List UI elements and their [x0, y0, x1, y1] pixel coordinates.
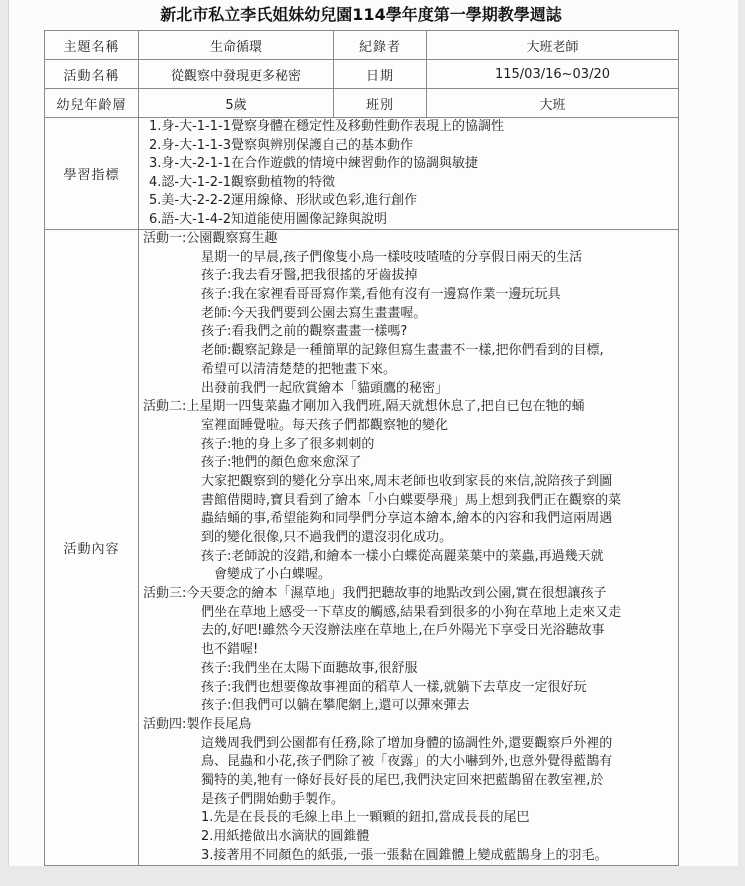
age-group-value: 5歲 — [139, 89, 334, 118]
activity-line: 活動三:今天要念的繪本「濕草地」我們把聽故事的地點改到公園,實在很想讓孩子 — [139, 585, 678, 604]
class-label: 班別 — [334, 89, 427, 118]
activity-line: 老師:今天我們要到公園去寫生畫畫喔。 — [139, 305, 678, 324]
row-learning-indicators: 學習指標 1.身-大-1-1-1覺察身體在穩定性及移動性動作表現上的協調性 2.… — [45, 118, 679, 230]
theme-name-value: 生命循環 — [139, 31, 334, 60]
activity-line: 孩子:我去看牙醫,把我很搖的牙齒拔掉 — [139, 267, 678, 286]
activity-name-value: 從觀察中發現更多秘密 — [139, 60, 334, 89]
activity-line: 孩子:我們坐在太陽下面聽故事,很舒服 — [139, 660, 678, 679]
learning-indicator-item: 5.美-大-2-2-2運用線條、形狀或色彩,進行創作 — [139, 192, 678, 211]
page-title: 新北市私立李氏姐妹幼兒園114學年度第一學期教學週誌 — [44, 5, 678, 24]
row-age-class: 幼兒年齡層 5歲 班別 大班 — [45, 89, 679, 118]
theme-name-label: 主題名稱 — [45, 31, 139, 60]
activity-line: 孩子:我們也想要像故事裡面的稻草人一樣,就躺下去草皮一定很好玩 — [139, 679, 678, 698]
recorder-value: 大班老師 — [427, 31, 679, 60]
activity-line: 孩子:牠們的顏色愈來愈深了 — [139, 454, 678, 473]
learning-indicators-list: 1.身-大-1-1-1覺察身體在穩定性及移動性動作表現上的協調性 2.身-大-1… — [139, 118, 678, 229]
activity-line: 獨特的美,牠有一條好長好長的尾巴,我們決定回來把藍鵲留在教室裡,於 — [139, 772, 678, 791]
learning-indicator-item: 6.語-大-1-4-2知道能使用圖像記錄與說明 — [139, 211, 678, 230]
activity-line: 也不錯喔! — [139, 641, 678, 660]
activity-line: 是孩子們開始動手製作。 — [139, 791, 678, 810]
activity-line: 活動四:製作長尾鳥 — [139, 716, 678, 735]
learning-indicators-label: 學習指標 — [45, 118, 139, 230]
activity-line: 活動一:公園觀察寫生趣 — [139, 230, 678, 249]
activity-name-label: 活動名稱 — [45, 60, 139, 89]
activity-line: 1.先是在長長的毛線上串上一顆顆的鈕扣,當成長長的尾巴 — [139, 809, 678, 828]
activity-line: 這幾周我們到公園都有任務,除了增加身體的協調性外,還要觀察戶外裡的 — [139, 735, 678, 754]
activity-line: 孩子:老師說的沒錯,和繪本一樣小白蝶從高麗菜葉中的菜蟲,再過幾天就 — [139, 548, 678, 567]
row-theme: 主題名稱 生命循環 紀錄者 大班老師 — [45, 31, 679, 60]
activity-line: 蟲結蛹的事,希望能夠和同學們分享這本繪本,繪本的內容和我們這兩周遇 — [139, 510, 678, 529]
date-label: 日期 — [334, 60, 427, 89]
activity-content-body: 活動一:公園觀察寫生趣 星期一的早晨,孩子們像隻小鳥一樣吱吱喳喳的分享假日兩天的… — [139, 230, 679, 866]
activity-line: 會變成了小白蝶喔。 — [139, 566, 678, 585]
learning-indicators-content: 1.身-大-1-1-1覺察身體在穩定性及移動性動作表現上的協調性 2.身-大-1… — [139, 118, 679, 230]
activity-line: 去的,好吧!雖然今天沒辦法座在草地上,在戶外陽光下享受日光浴聽故事 — [139, 622, 678, 641]
activity-line: 到的變化很像,只不過我們的還沒羽化成功。 — [139, 529, 678, 548]
activity-content-label: 活動內容 — [45, 230, 139, 866]
learning-indicator-item: 2.身-大-1-1-3覺察與辨別保護自己的基本動作 — [139, 137, 678, 156]
activity-line: 孩子:牠的身上多了很多刺刺的 — [139, 436, 678, 455]
journal-sheet: 新北市私立李氏姐妹幼兒園114學年度第一學期教學週誌 主題名稱 生命循環 紀錄者… — [44, 5, 678, 866]
activity-line: 希望可以清清楚楚的把牠畫下來。 — [139, 361, 678, 380]
date-value: 115/03/16~03/20 — [427, 60, 679, 89]
age-group-label: 幼兒年齡層 — [45, 89, 139, 118]
activity-line: 書館借閱時,寶貝看到了繪本「小白蝶要學飛」馬上想到我們正在觀察的菜 — [139, 492, 678, 511]
learning-indicator-item: 1.身-大-1-1-1覺察身體在穩定性及移動性動作表現上的協調性 — [139, 118, 678, 137]
learning-indicator-item: 4.認-大-1-2-1觀察動植物的特徵 — [139, 174, 678, 193]
learning-indicator-item: 3.身-大-2-1-1在合作遊戲的情境中練習動作的協調與敏捷 — [139, 155, 678, 174]
recorder-label: 紀錄者 — [334, 31, 427, 60]
activity-line: 鳥、昆蟲和小花,孩子們除了被「夜露」的大小嚇到外,也意外覺得藍鵲有 — [139, 753, 678, 772]
activity-line: 星期一的早晨,孩子們像隻小鳥一樣吱吱喳喳的分享假日兩天的生活 — [139, 249, 678, 268]
document-page: 新北市私立李氏姐妹幼兒園114學年度第一學期教學週誌 主題名稱 生命循環 紀錄者… — [8, 0, 738, 866]
activity-line: 孩子:看我們之前的觀察畫畫一樣嗎? — [139, 323, 678, 342]
class-value: 大班 — [427, 89, 679, 118]
activity-line: 老師:觀察記錄是一種簡單的記錄但寫生畫畫不一樣,把你們看到的目標, — [139, 342, 678, 361]
activity-line: 們坐在草地上感受一下草皮的觸感,結果看到很多的小狗在草地上走來又走 — [139, 604, 678, 623]
activity-line: 室裡面睡覺啦。每天孩子們都觀察牠的變化 — [139, 417, 678, 436]
activity-line: 活動二:上星期一四隻菜蟲才剛加入我們班,隔天就想休息了,把自已包在牠的蛹 — [139, 398, 678, 417]
weekly-journal-table: 主題名稱 生命循環 紀錄者 大班老師 活動名稱 從觀察中發現更多秘密 日期 11… — [44, 30, 679, 866]
row-activity-name: 活動名稱 從觀察中發現更多秘密 日期 115/03/16~03/20 — [45, 60, 679, 89]
activity-line: 大家把觀察到的變化分享出來,周末老師也收到家長的來信,說陪孩子到圖 — [139, 473, 678, 492]
activity-line: 出發前我們一起欣賞繪本「貓頭鷹的秘密」 — [139, 380, 678, 399]
activity-content-lines: 活動一:公園觀察寫生趣 星期一的早晨,孩子們像隻小鳥一樣吱吱喳喳的分享假日兩天的… — [139, 230, 678, 865]
activity-line: 3.接著用不同顏色的紙張,一張一張黏在圓錐體上變成藍鵲身上的羽毛。 — [139, 847, 678, 866]
activity-line: 孩子:我在家裡看哥哥寫作業,看他有沒有一邊寫作業一邊玩玩具 — [139, 286, 678, 305]
activity-line: 2.用紙捲做出水滴狀的圓錐體 — [139, 828, 678, 847]
activity-line: 孩子:但我們可以躺在攀爬網上,還可以彈來彈去 — [139, 697, 678, 716]
row-activity-content: 活動內容 活動一:公園觀察寫生趣 星期一的早晨,孩子們像隻小鳥一樣吱吱喳喳的分享… — [45, 230, 679, 866]
page-bottom-margin — [0, 866, 745, 886]
